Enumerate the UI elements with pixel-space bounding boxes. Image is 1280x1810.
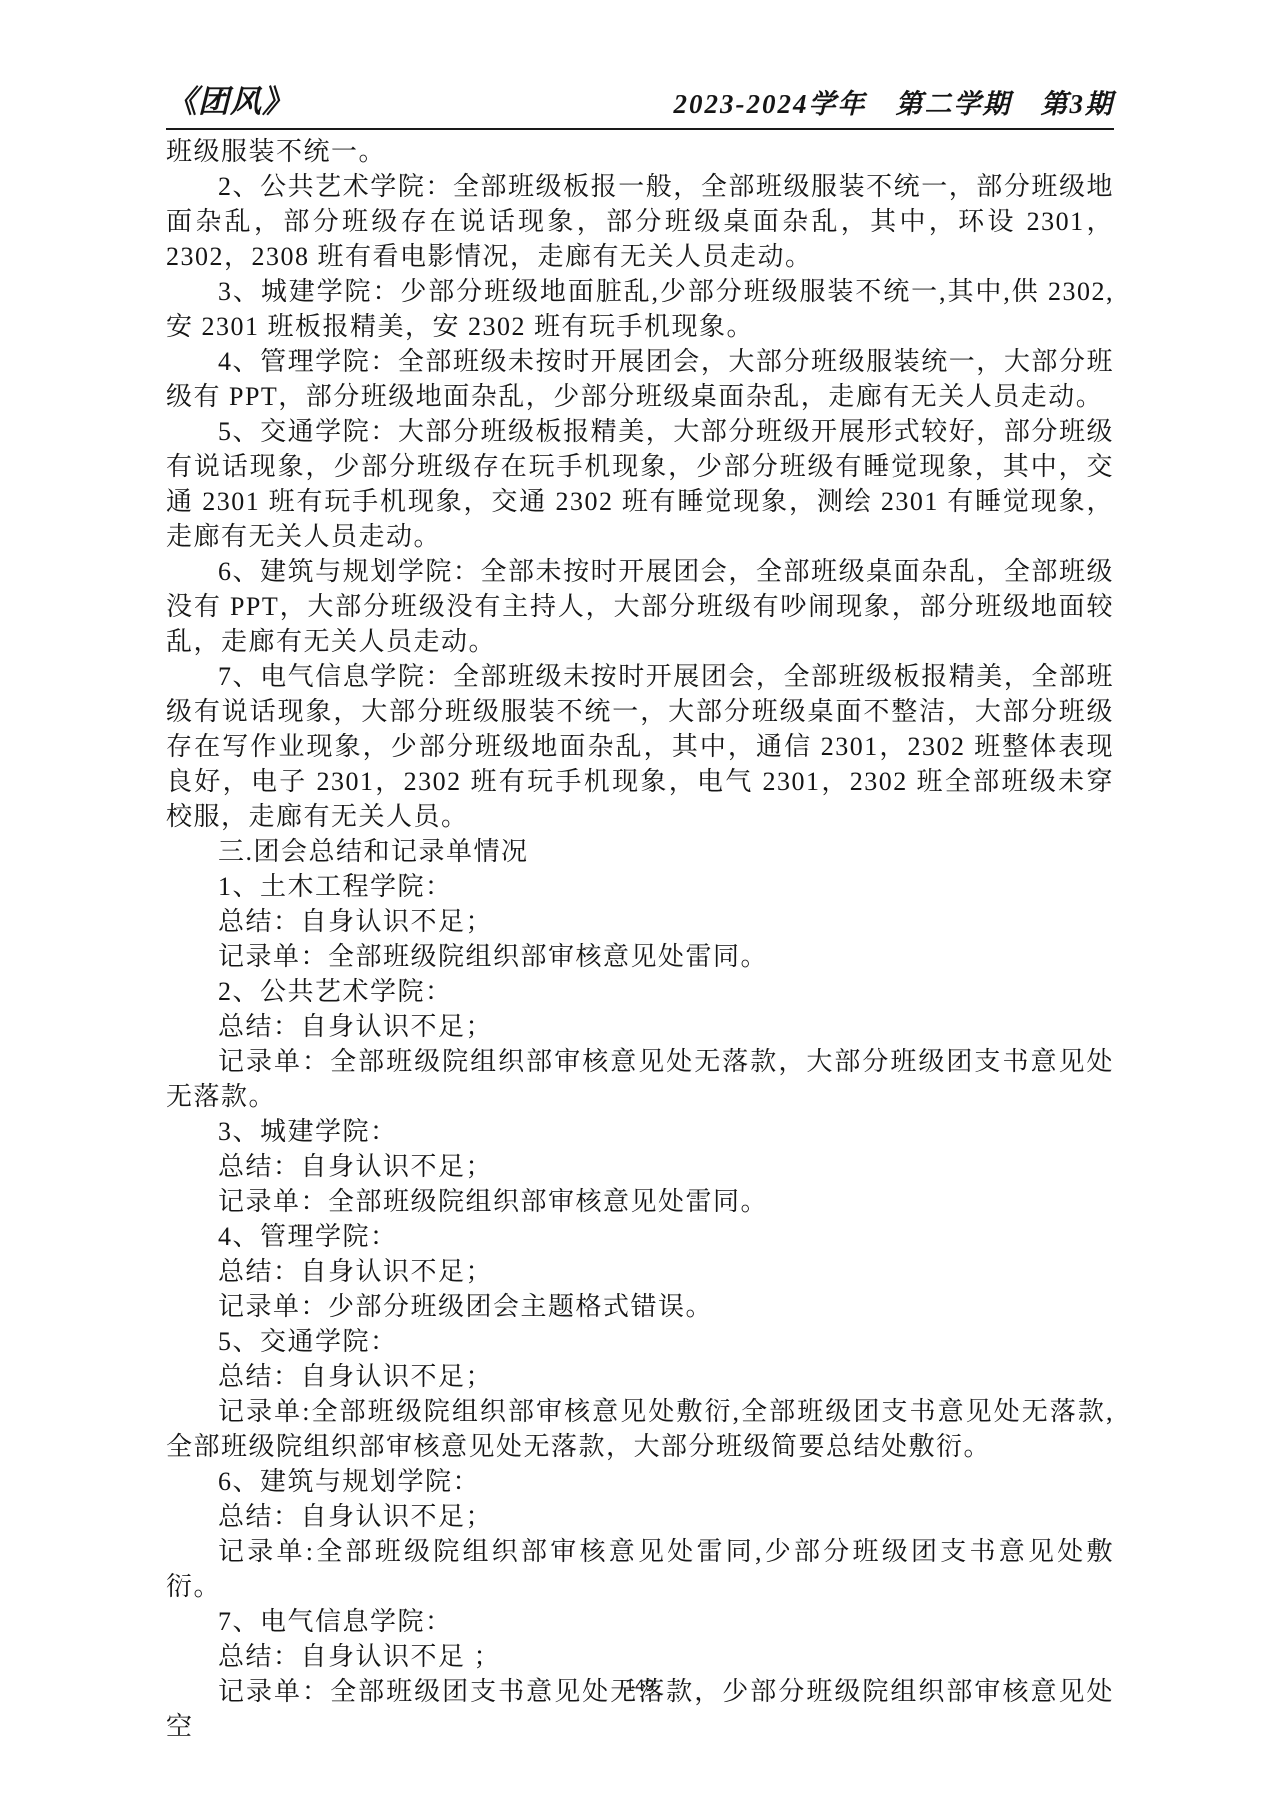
body-paragraph: 3、城建学院： bbox=[166, 1114, 1114, 1149]
issue-info: 2023-2024学年 第二学期 第3期 bbox=[674, 82, 1115, 121]
body-paragraph: 5、交通学院： bbox=[166, 1324, 1114, 1359]
body-paragraph: 7、电气信息学院：全部班级未按时开展团会，全部班级板报精美，全部班级有说话现象，… bbox=[166, 659, 1114, 834]
section-heading: 三.团会总结和记录单情况 bbox=[166, 834, 1114, 869]
body-paragraph: 总结：自身认识不足； bbox=[166, 1499, 1114, 1534]
body-paragraph: 记录单:全部班级院组织部审核意见处敷衍,全部班级团支书意见处无落款,全部班级院组… bbox=[166, 1394, 1114, 1464]
body-paragraph: 记录单：全部班级院组织部审核意见处无落款，大部分班级团支书意见处无落款。 bbox=[166, 1044, 1114, 1114]
body-paragraph: 2、公共艺术学院： bbox=[166, 974, 1114, 1009]
body-paragraph: 总结：自身认识不足； bbox=[166, 1009, 1114, 1044]
body-paragraph: 记录单：少部分班级团会主题格式错误。 bbox=[166, 1289, 1114, 1324]
page-header: 《团风》 2023-2024学年 第二学期 第3期 bbox=[166, 76, 1114, 130]
body-paragraph: 总结：自身认识不足 ； bbox=[166, 1639, 1114, 1674]
body-paragraph: 总结：自身认识不足； bbox=[166, 1149, 1114, 1184]
body-paragraph: 4、管理学院： bbox=[166, 1219, 1114, 1254]
body-paragraph: 6、建筑与规划学院： bbox=[166, 1464, 1114, 1499]
body-paragraph: 6、建筑与规划学院：全部未按时开展团会，全部班级桌面杂乱，全部班级没有 PPT，… bbox=[166, 554, 1114, 659]
document-page: 《团风》 2023-2024学年 第二学期 第3期 班级服装不统一。 2、公共艺… bbox=[0, 0, 1280, 1810]
page-number: 149 bbox=[0, 1676, 1280, 1696]
body-paragraph: 1、土木工程学院： bbox=[166, 869, 1114, 904]
body-paragraph: 2、公共艺术学院：全部班级板报一般，全部班级服装不统一，部分班级地面杂乱，部分班… bbox=[166, 169, 1114, 274]
body-paragraph: 总结：自身认识不足； bbox=[166, 904, 1114, 939]
document-body: 班级服装不统一。 2、公共艺术学院：全部班级板报一般，全部班级服装不统一，部分班… bbox=[166, 134, 1114, 1744]
header-divider bbox=[166, 128, 1114, 130]
body-paragraph: 7、电气信息学院： bbox=[166, 1604, 1114, 1639]
body-paragraph: 4、管理学院：全部班级未按时开展团会，大部分班级服装统一，大部分班级有 PPT，… bbox=[166, 344, 1114, 414]
body-paragraph: 班级服装不统一。 bbox=[166, 134, 1114, 169]
body-paragraph: 总结：自身认识不足； bbox=[166, 1254, 1114, 1289]
body-paragraph: 3、城建学院：少部分班级地面脏乱,少部分班级服装不统一,其中,供 2302,安 … bbox=[166, 274, 1114, 344]
journal-title: 《团风》 bbox=[166, 76, 294, 121]
body-paragraph: 总结：自身认识不足； bbox=[166, 1359, 1114, 1394]
body-paragraph: 5、交通学院：大部分班级板报精美，大部分班级开展形式较好，部分班级有说话现象，少… bbox=[166, 414, 1114, 554]
body-paragraph: 记录单:全部班级院组织部审核意见处雷同,少部分班级团支书意见处敷衍。 bbox=[166, 1534, 1114, 1604]
body-paragraph: 记录单：全部班级院组织部审核意见处雷同。 bbox=[166, 939, 1114, 974]
body-paragraph: 记录单：全部班级院组织部审核意见处雷同。 bbox=[166, 1184, 1114, 1219]
